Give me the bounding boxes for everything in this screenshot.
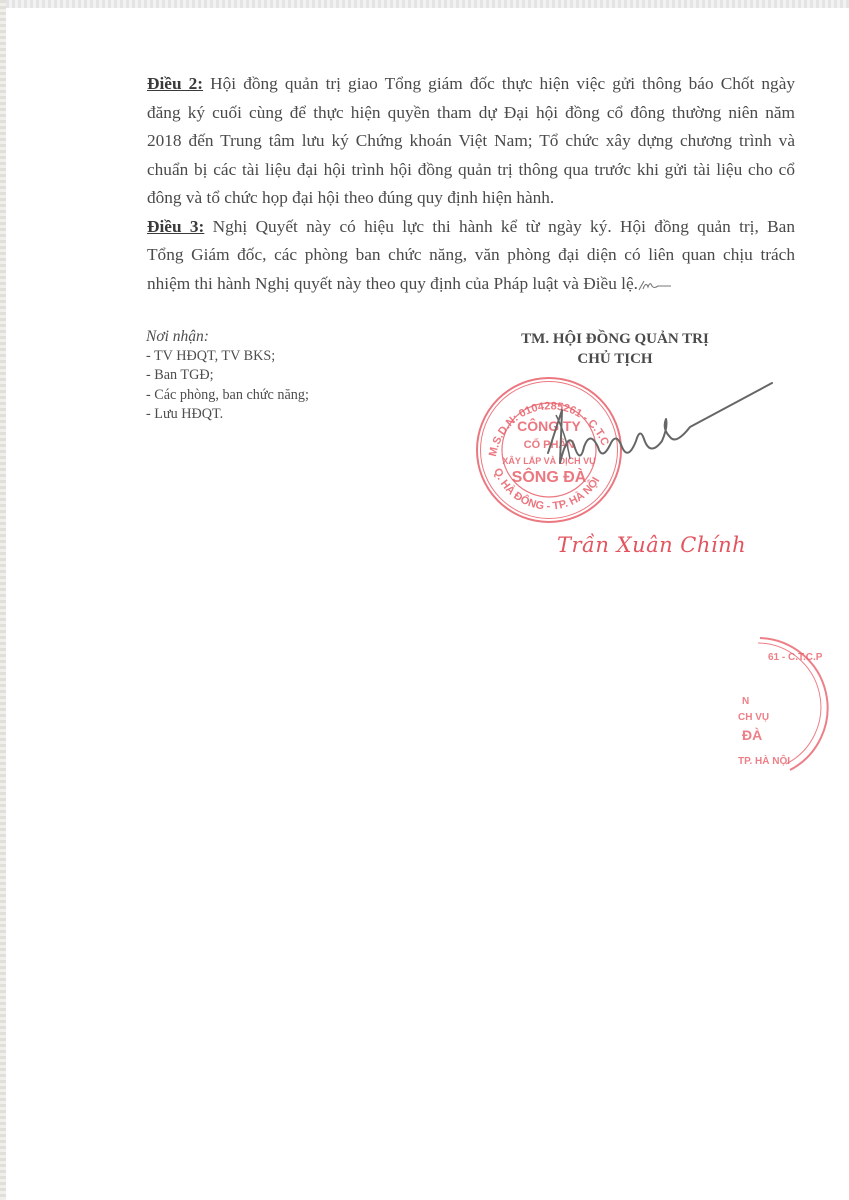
scan-edge-top [0,0,849,8]
recipient-item: - TV HĐQT, TV BKS; [146,347,309,366]
svg-text:CH VỤ: CH VỤ [738,712,769,723]
article-3-label: Điều 3: [147,217,204,236]
recipients-block: Nơi nhận: - TV HĐQT, TV BKS; - Ban TGĐ; … [146,327,309,424]
article-2: Điều 2: Hội đồng quản trị giao Tổng giám… [147,70,795,213]
recipient-item: - Lưu HĐQT. [146,405,309,424]
svg-text:ĐÀ: ĐÀ [742,727,762,743]
svg-text:61 - C.T.C.P: 61 - C.T.C.P [768,652,823,663]
position-label: CHỦ TỊCH [480,349,750,369]
svg-text:TP. HÀ NỘI: TP. HÀ NỘI [738,754,790,767]
recipient-item: - Ban TGĐ; [146,366,309,385]
signature-heading: TM. HỘI ĐỒNG QUẢN TRỊ CHỦ TỊCH [480,329,750,369]
initial-flourish-icon [638,277,672,291]
recipients-title: Nơi nhận: [146,327,309,347]
recipient-item: - Các phòng, ban chức năng; [146,386,309,405]
signatory-name: Trần Xuân Chính [557,533,746,557]
article-2-label: Điều 2: [147,74,203,93]
svg-text:N: N [742,696,749,707]
scan-edge-left [0,0,6,1200]
article-3: Điều 3: Nghị Quyết này có hiệu lực thi h… [147,213,795,299]
partial-seal-icon: 61 - C.T.C.P N CH VỤ ĐÀ TP. HÀ NỘI [680,630,830,780]
resolution-body: Điều 2: Hội đồng quản trị giao Tổng giám… [147,70,795,298]
chairman-signature-icon [540,375,780,505]
on-behalf-label: TM. HỘI ĐỒNG QUẢN TRỊ [480,329,750,349]
